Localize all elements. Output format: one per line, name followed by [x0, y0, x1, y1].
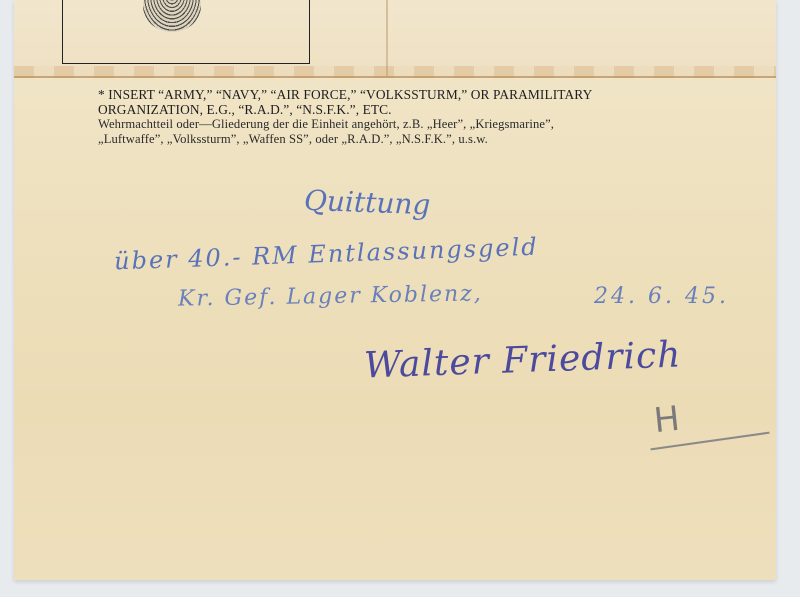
handwritten-amount-line: über 40.- RM Entlassungsgeld — [114, 233, 539, 276]
footnote-marker: * — [98, 87, 105, 102]
footnote-english-line1: * INSERT “ARMY,” “NAVY,” “AIR FORCE,” “V… — [98, 87, 718, 102]
handwritten-date: 24. 6. 45. — [594, 284, 729, 309]
footnote-german-line2: „Luftwaffe”, „Volkssturm”, „Waffen SS”, … — [98, 132, 718, 147]
signature: Walter Friedrich — [363, 334, 682, 386]
pencil-initials: H — [652, 399, 682, 441]
handwritten-location-line: Kr. Gef. Lager Koblenz, — [178, 281, 483, 311]
footnote-german-line1: Wehrmachtteil oder—Gliederung der die Ei… — [98, 117, 718, 132]
handwritten-title: Quittung — [303, 184, 431, 221]
fold-stain — [14, 66, 776, 78]
document-sheet: * INSERT “ARMY,” “NAVY,” “AIR FORCE,” “V… — [14, 0, 776, 580]
fingerprint-box — [62, 0, 310, 64]
fold-line — [386, 0, 388, 76]
printed-footnote: * INSERT “ARMY,” “NAVY,” “AIR FORCE,” “V… — [98, 87, 718, 147]
footnote-english-line2: ORGANIZATION, e.g., “R.A.D.”, “N.S.F.K.”… — [98, 102, 718, 117]
fingerprint-icon — [143, 0, 201, 32]
